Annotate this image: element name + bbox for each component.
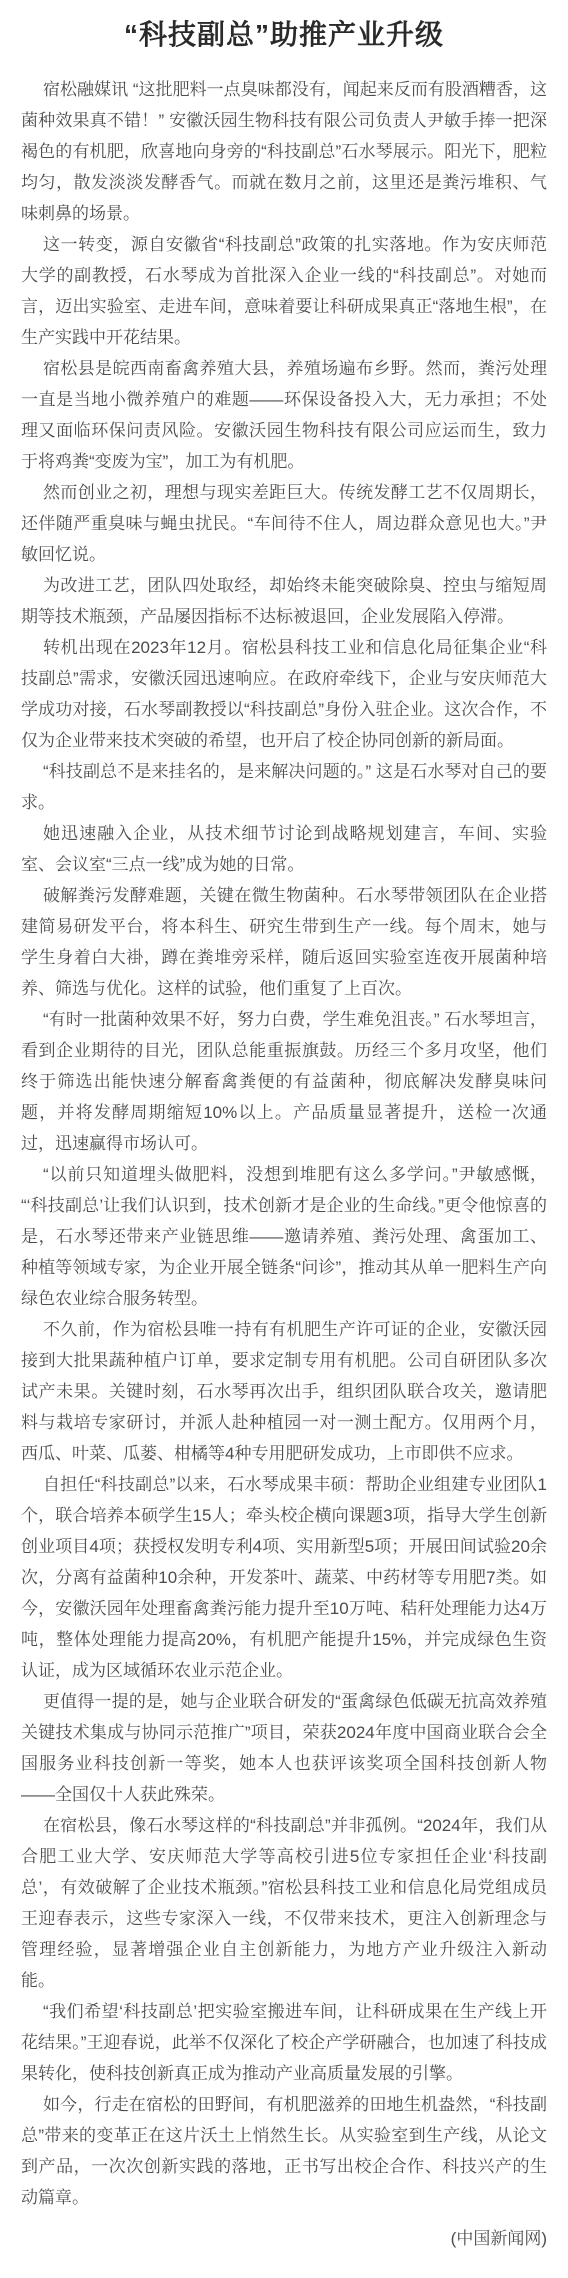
article-paragraph: 转机出现在2023年12月。宿松县科技工业和信息化局征集企业“科技副总”需求，安…: [21, 632, 547, 756]
article-paragraph: 为改进工艺，团队四处取经，却始终未能突破除臭、控虫与缩短周期等技术瓶颈，产品屡因…: [21, 570, 547, 632]
article-paragraph: 在宿松县，像石水琴这样的“科技副总”并非孤例。“2024年，我们从合肥工业大学、…: [21, 1810, 547, 1996]
article-paragraph: 如今，行走在宿松的田野间，有机肥滋养的田地生机盎然，“科技副总”带来的变革正在这…: [21, 2089, 547, 2213]
article-body: 宿松融媒讯 “这批肥料一点臭味都没有，闻起来反而有股酒糟香，这菌种效果真不错！”…: [21, 74, 547, 2254]
article-paragraph: “我们希望‘科技副总’把实验室搬进车间，让科研成果在生产线上开花结果。”王迎春说…: [21, 1996, 547, 2089]
article-page: “科技副总”助推产业升级 宿松融媒讯 “这批肥料一点臭味都没有，闻起来反而有股酒…: [0, 0, 568, 2278]
article-title: “科技副总”助推产业升级: [21, 18, 547, 52]
article-paragraph: 自担任“科技副总”以来，石水琴成果丰硕：帮助企业组建专业团队1个，联合培养本硕学…: [21, 1469, 547, 1686]
article-paragraph: 宿松县是皖西南畜禽养殖大县，养殖场遍布乡野。然而，粪污处理一直是当地小微养殖户的…: [21, 353, 547, 477]
article-paragraph: “科技副总不是来挂名的，是来解决问题的。” 这是石水琴对自己的要求。: [21, 756, 547, 818]
article-paragraph: 这一转变，源自安徽省“科技副总”政策的扎实落地。作为安庆师范大学的副教授，石水琴…: [21, 229, 547, 353]
article-paragraph: 破解粪污发酵难题，关键在微生物菌种。石水琴带领团队在企业搭建简易研发平台，将本科…: [21, 880, 547, 1004]
article-paragraph: 她迅速融入企业，从技术细节讨论到战略规划建言，车间、实验室、会议室“三点一线”成…: [21, 818, 547, 880]
article-source: (中国新闻网): [21, 2223, 547, 2254]
article-paragraph: “以前只知道埋头做肥料，没想到堆肥有这么多学问。”尹敏感慨，“‘科技副总’让我们…: [21, 1159, 547, 1314]
article-paragraph: 不久前，作为宿松县唯一持有有机肥生产许可证的企业，安徽沃园接到大批果蔬种植户订单…: [21, 1314, 547, 1469]
article-paragraph: 宿松融媒讯 “这批肥料一点臭味都没有，闻起来反而有股酒糟香，这菌种效果真不错！”…: [21, 74, 547, 229]
article-paragraph: 然而创业之初，理想与现实差距巨大。传统发酵工艺不仅周期长，还伴随严重臭味与蝇虫扰…: [21, 477, 547, 570]
article-paragraph: “有时一批菌种效果不好，努力白费，学生难免沮丧。” 石水琴坦言，看到企业期待的目…: [21, 1004, 547, 1159]
article-paragraph: 更值得一提的是，她与企业联合研发的“蛋禽绿色低碳无抗高效养殖关键技术集成与协同示…: [21, 1686, 547, 1810]
